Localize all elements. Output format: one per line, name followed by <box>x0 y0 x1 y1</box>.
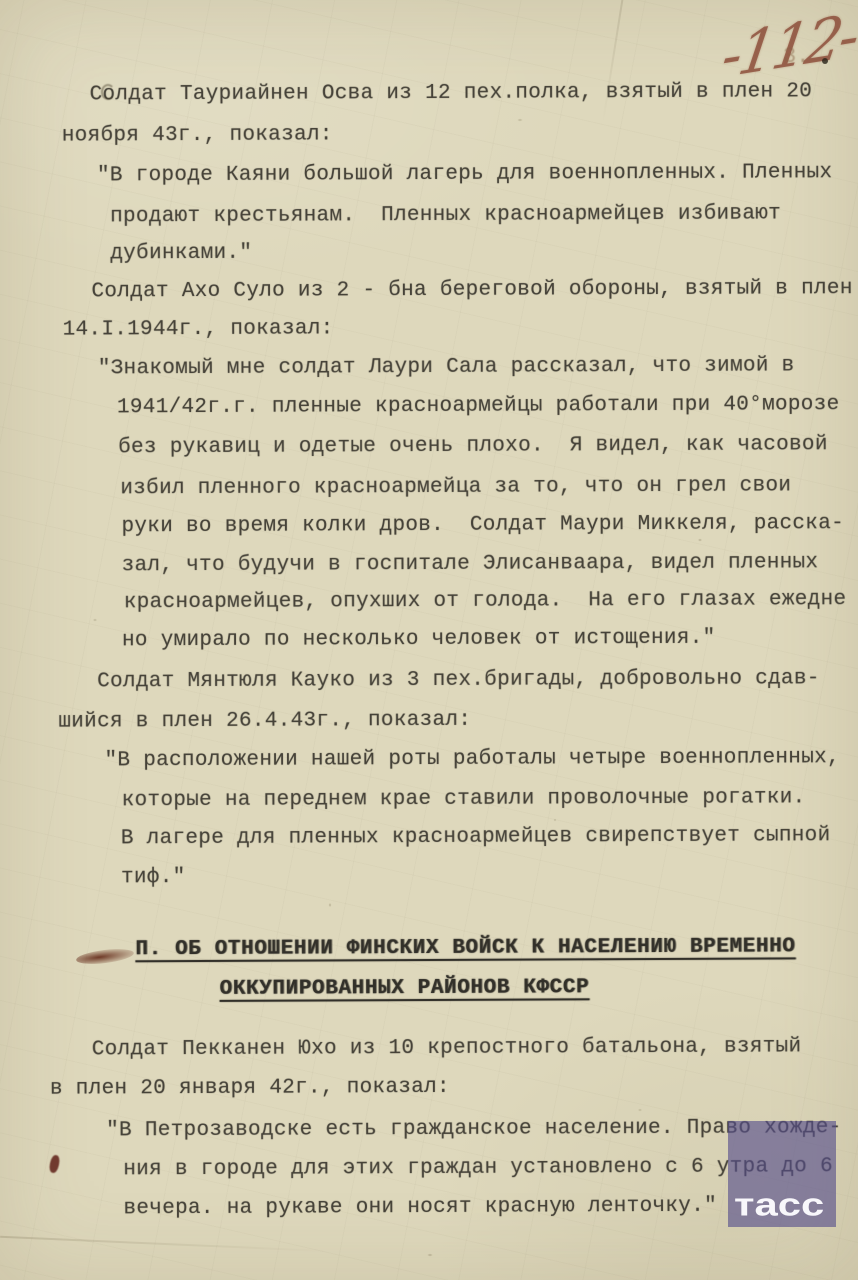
document-line: ния в городе для этих граждан установлен… <box>123 1156 833 1180</box>
document-line: ноября 43г., показал: <box>62 124 333 146</box>
ink-speck <box>101 84 115 100</box>
document-line: Солдат Пекканен Юхо из 10 крепостного ба… <box>92 1036 802 1060</box>
section-heading-line: П. ОБ ОТНОШЕНИИ ФИНСКИХ ВОЙСК К НАСЕЛЕНИ… <box>135 936 795 960</box>
ink-speck <box>822 58 828 64</box>
document-line: красноармейцев, опухших от голода. На ег… <box>124 589 847 613</box>
document-line: "В городе Каяни большой лагерь для военн… <box>97 162 833 186</box>
document-line: в плен 20 января 42г., показал: <box>50 1077 450 1100</box>
typewritten-text-block: Солдат Тауриайнен Осва из 12 пех.полка, … <box>0 0 858 1280</box>
document-line: но умирало по несколько человек от истощ… <box>122 628 716 652</box>
document-line: "В расположении нашей роты работалы четы… <box>104 747 840 771</box>
document-line: вечера. на рукаве они носят красную лент… <box>123 1196 717 1220</box>
document-line: которые на переднем крае ставили проволо… <box>122 787 806 811</box>
document-line: Солдат Ахо Суло из 2 - бна береговой обо… <box>91 278 852 302</box>
document-line: Солдат Мянтюля Кауко из 3 пех.бригады, д… <box>97 668 820 692</box>
document-page: Солдат Тауриайнен Осва из 12 пех.полка, … <box>0 0 858 1280</box>
document-line: Солдат Тауриайнен Осва из 12 пех.полка, … <box>90 81 813 105</box>
document-line: тиф." <box>121 867 186 888</box>
tass-logo: тасс <box>734 1188 824 1221</box>
document-line: избил пленного красноармейца за то, что … <box>120 475 791 499</box>
document-line: шийся в плен 26.4.43г., показал: <box>58 710 471 733</box>
tass-watermark: тасс <box>728 1121 836 1227</box>
document-line: без рукавиц и одетые очень плохо. Я виде… <box>118 434 828 458</box>
document-line: 14.I.1944г., показал: <box>63 318 334 340</box>
document-line: 1941/42г.г. пленные красноармейцы работа… <box>117 394 840 418</box>
typed-page-number: 3. <box>783 44 809 69</box>
document-line: зал, что будучи в госпитале Элисанваара,… <box>122 552 819 576</box>
document-line: руки во время колки дров. Солдат Маури М… <box>121 513 844 537</box>
document-line: продают крестьянам. Пленных красноармейц… <box>110 203 781 227</box>
section-heading-line: ОККУПИРОВАННЫХ РАЙОНОВ КФССР <box>219 977 589 1000</box>
document-line: В лагере для пленных красноармейцев свир… <box>121 825 831 849</box>
document-line: дубинками." <box>110 243 252 265</box>
document-line: "Знакомый мне солдат Лаури Сала рассказа… <box>98 355 795 379</box>
